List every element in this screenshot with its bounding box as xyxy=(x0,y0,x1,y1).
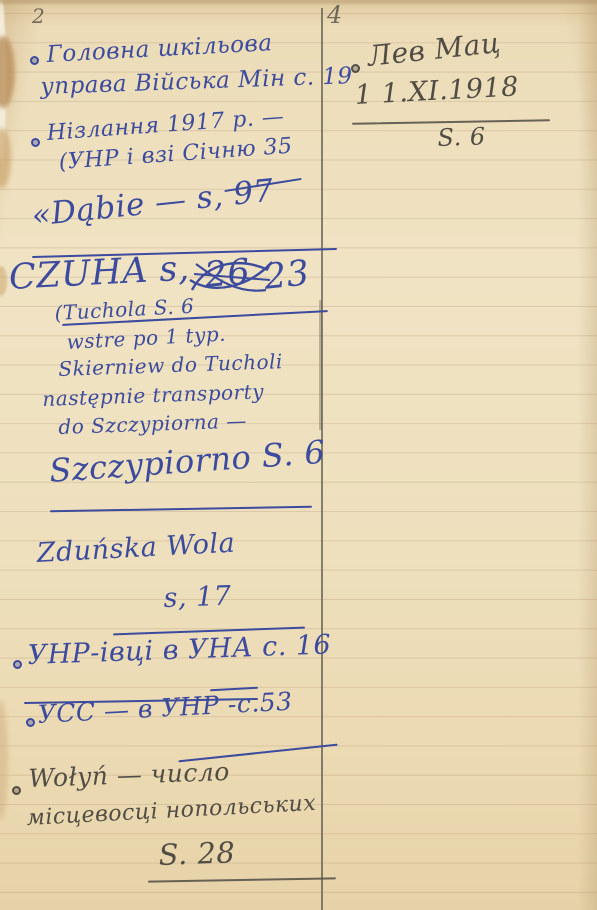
page-number-right: 4 xyxy=(327,1,342,29)
bullet-dot-icon xyxy=(26,718,35,727)
page-number-left: 2 xyxy=(32,4,45,28)
entry-line: (Tuchola S. 6 xyxy=(54,294,195,325)
bullet-dot-icon xyxy=(30,56,39,65)
struck-number: 26 xyxy=(203,252,252,296)
entry-line: S. 28 xyxy=(158,835,236,872)
paper-stain xyxy=(0,128,11,188)
paper-top-edge xyxy=(0,0,597,4)
entry-line: 1 1.XI.1918 xyxy=(354,71,520,111)
entry-line: управа Війська Мін с. 19 xyxy=(40,63,353,100)
entry-line: wstre po 1 typ. xyxy=(66,322,226,354)
entry-line: Головна шкільова xyxy=(46,30,273,68)
entry-line: do Szczypiorna — xyxy=(58,408,247,439)
entry-line: CZUHA s, xyxy=(8,249,190,298)
replacement-number: 23 xyxy=(262,253,311,298)
entry-line: następnie transporty xyxy=(42,379,264,411)
notebook-page: 2 4 Головна шкільова управа Війська Мін … xyxy=(0,0,597,910)
entry-line: S. 6 xyxy=(437,122,486,152)
entry-line: s, 17 xyxy=(163,581,232,614)
entry-line: Wołyń — число xyxy=(28,757,230,793)
entry-line: «Dąbie — s, 97 xyxy=(30,173,276,234)
entry-line: Zduńska Wola xyxy=(36,528,236,569)
entry-line: Лев Мац xyxy=(366,26,502,73)
ink-underline xyxy=(50,506,312,513)
entry-line: місцевосці нопольських xyxy=(26,791,317,831)
paper-torn-edge xyxy=(0,0,6,160)
entry-line: Skierniew do Tucholi xyxy=(58,349,283,381)
paper-edge-shadow xyxy=(578,0,597,910)
entry-line: УНР-івці в УНА с. 16 xyxy=(27,629,332,671)
pencil-underline xyxy=(148,877,336,882)
bullet-dot-icon xyxy=(31,138,40,147)
paper-stain xyxy=(0,700,8,820)
bullet-dot-icon xyxy=(12,786,21,795)
bullet-dot-icon xyxy=(351,64,360,73)
paper-stain xyxy=(0,36,15,108)
paper-stain xyxy=(0,266,7,296)
entry-line: УСС — в УНР -с.53 xyxy=(37,687,293,729)
pencil-divider-overdraw xyxy=(319,300,322,430)
entry-line: Szczypiorno S. 6 xyxy=(48,433,326,490)
bullet-dot-icon xyxy=(13,660,22,669)
